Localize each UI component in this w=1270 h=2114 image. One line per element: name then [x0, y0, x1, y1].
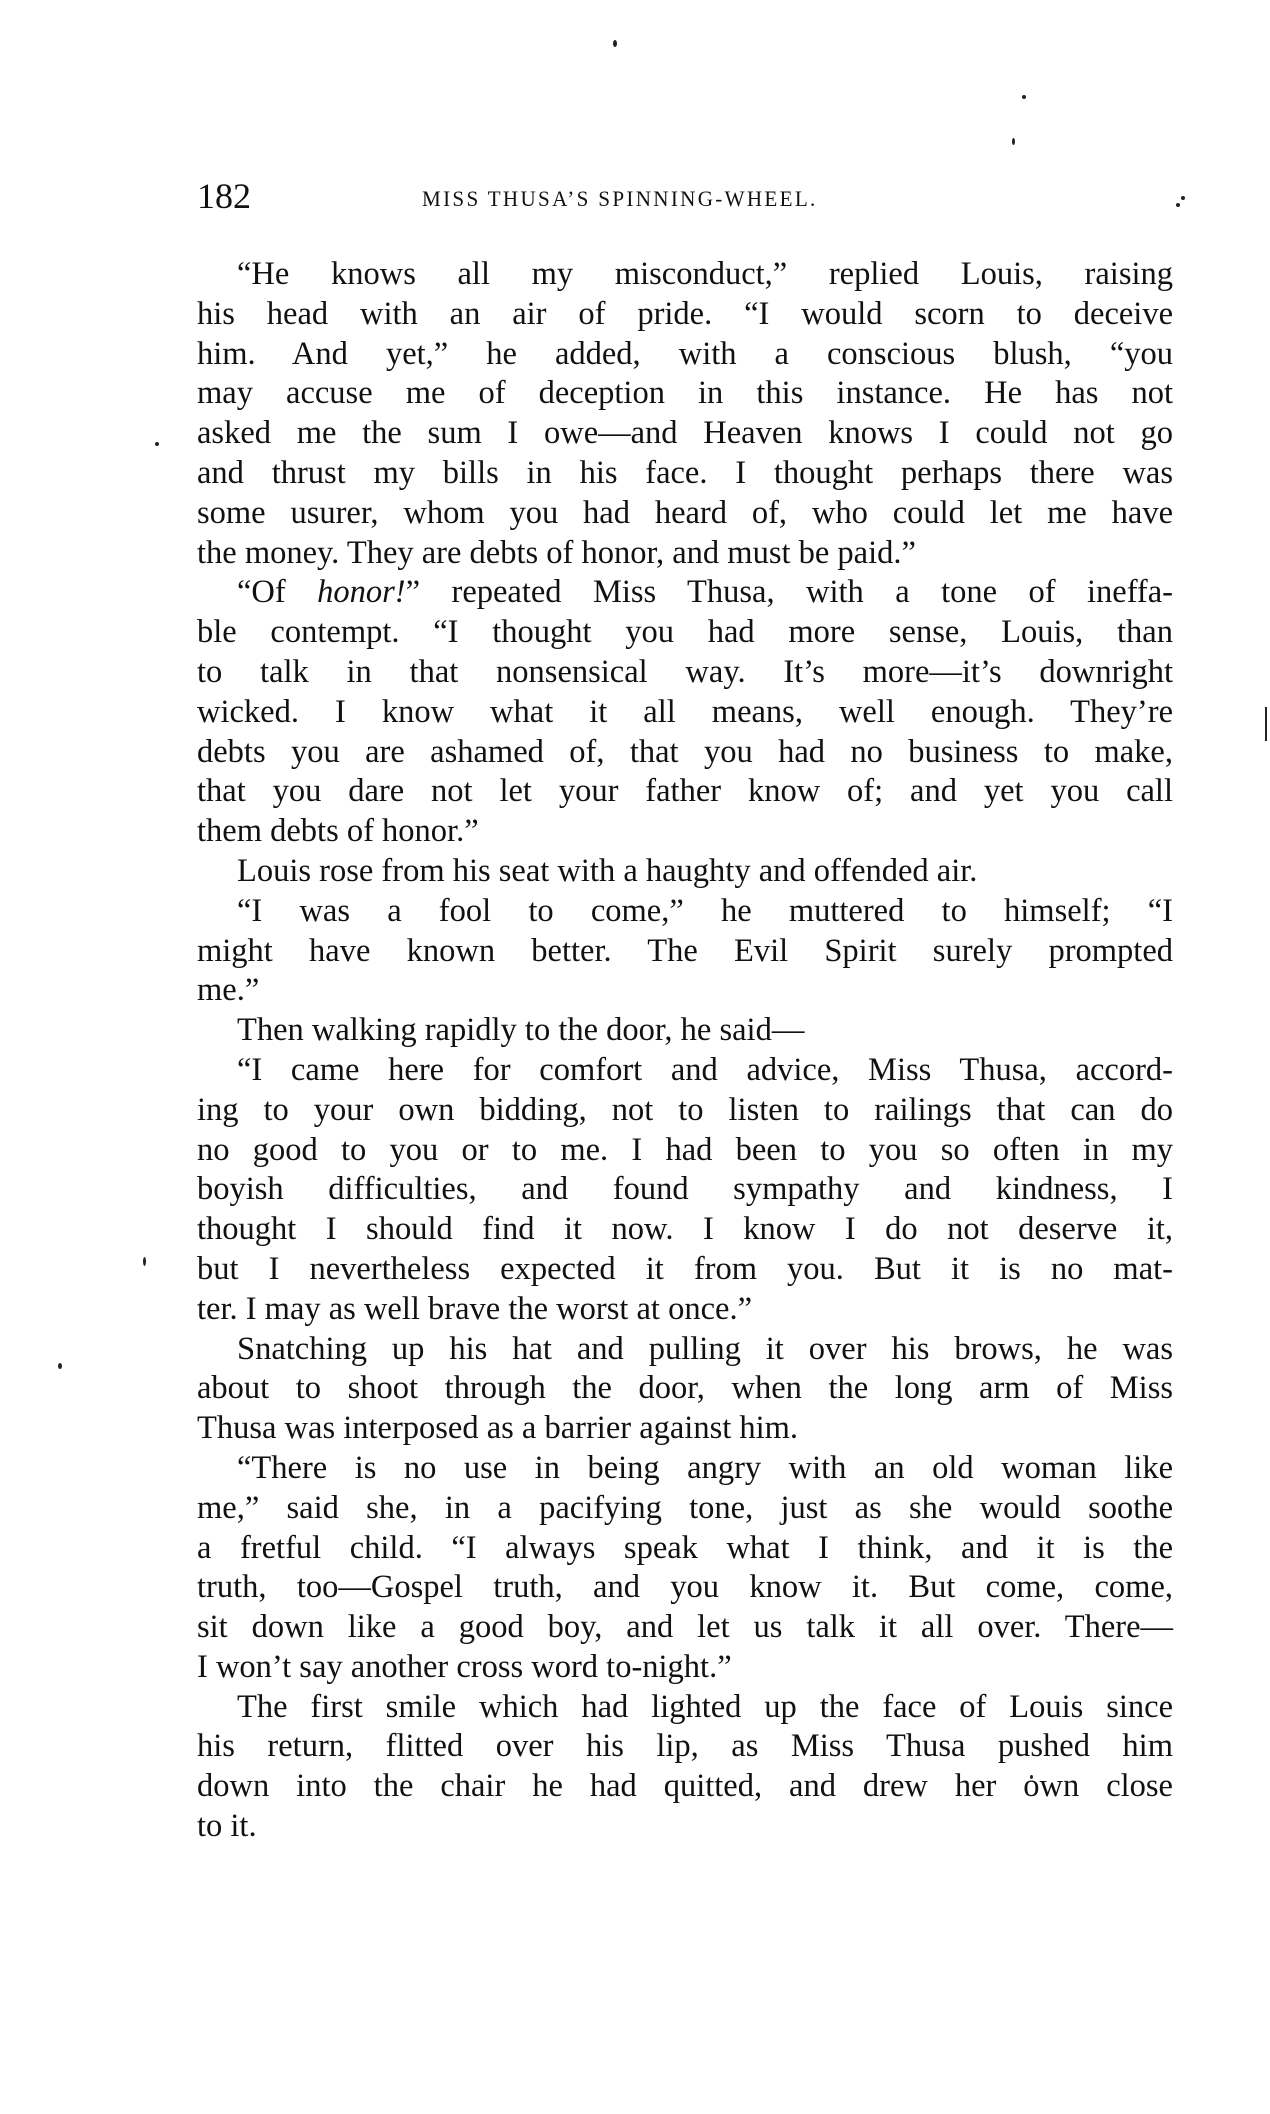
text-line: to talk in that nonsensical way. It’s mo…	[197, 653, 1173, 693]
scan-speck	[1022, 95, 1026, 99]
paragraph: Snatching up his hat and pulling it over…	[197, 1330, 1173, 1449]
text-line: Snatching up his hat and pulling it over…	[197, 1330, 1173, 1370]
scan-speck	[155, 442, 159, 446]
text-line: wicked. I know what it all means, well e…	[197, 693, 1173, 733]
scan-speck	[1176, 203, 1180, 207]
book-page: 182 MISS THUSA’S SPINNING-WHEEL. “He kno…	[0, 0, 1270, 2114]
scan-speck	[1012, 138, 1015, 145]
text-line: boyish difficulties, and found sympathy …	[197, 1170, 1173, 1210]
text-line: sit down like a good boy, and let us tal…	[197, 1608, 1173, 1648]
text-line: “Of honor!” repeated Miss Thusa, with a …	[197, 573, 1173, 613]
scan-speck	[613, 40, 617, 47]
text-line: his head with an air of pride. “I would …	[197, 295, 1173, 335]
text-line: him. And yet,” he added, with a consciou…	[197, 335, 1173, 375]
text-line: me.”	[197, 971, 1173, 1011]
paragraph: Louis rose from his seat with a haughty …	[197, 852, 1173, 892]
text-line: them debts of honor.”	[197, 812, 1173, 852]
text-line: down into the chair he had quitted, and …	[197, 1767, 1173, 1807]
paragraph: “There is no use in being angry with an …	[197, 1449, 1173, 1688]
text-line: thought I should find it now. I know I d…	[197, 1210, 1173, 1250]
scan-edge-mark	[1265, 707, 1267, 741]
text-line: The first smile which had lighted up the…	[197, 1688, 1173, 1728]
running-title: MISS THUSA’S SPINNING-WHEEL.	[422, 184, 818, 214]
text-line: a fretful child. “I always speak what I …	[197, 1529, 1173, 1569]
text-line: Thusa was interposed as a barrier agains…	[197, 1409, 1173, 1449]
paragraph: “He knows all my misconduct,” replied Lo…	[197, 255, 1173, 573]
text-line: asked me the sum I owe—and Heaven knows …	[197, 414, 1173, 454]
text-line: truth, too—Gospel truth, and you know it…	[197, 1568, 1173, 1608]
paragraph: Then walking rapidly to the door, he sai…	[197, 1011, 1173, 1051]
text-line: Louis rose from his seat with a haughty …	[197, 852, 1173, 892]
text-line: “I came here for comfort and advice, Mis…	[197, 1051, 1173, 1091]
scan-speck	[58, 1363, 62, 1369]
text-line: and thrust my bills in his face. I thoug…	[197, 454, 1173, 494]
text-line: “I was a fool to come,” he muttered to h…	[197, 892, 1173, 932]
text-line: ter. I may as well brave the worst at on…	[197, 1290, 1173, 1330]
text-line: “He knows all my misconduct,” replied Lo…	[197, 255, 1173, 295]
text-line: ble contempt. “I thought you had more se…	[197, 613, 1173, 653]
paragraph: The first smile which had lighted up the…	[197, 1688, 1173, 1847]
text-line: may accuse me of deception in this insta…	[197, 374, 1173, 414]
text-line: Then walking rapidly to the door, he sai…	[197, 1011, 1173, 1051]
text-line: to it.	[197, 1807, 1173, 1847]
text-line: might have known better. The Evil Spirit…	[197, 932, 1173, 972]
text-line: his return, flitted over his lip, as Mis…	[197, 1727, 1173, 1767]
text-line: debts you are ashamed of, that you had n…	[197, 733, 1173, 773]
text-run: “Of	[237, 574, 317, 610]
text-line: that you dare not let your father know o…	[197, 772, 1173, 812]
text-run: ” repeated Miss Thusa, with a tone of in…	[406, 574, 1173, 610]
text-line: no good to you or to me. I had been to y…	[197, 1131, 1173, 1171]
text-line: some usurer, whom you had heard of, who …	[197, 494, 1173, 534]
text-line: I won’t say another cross word to-night.…	[197, 1648, 1173, 1688]
text-line: “There is no use in being angry with an …	[197, 1449, 1173, 1489]
paragraph: “Of honor!” repeated Miss Thusa, with a …	[197, 573, 1173, 852]
text-line: ing to your own bidding, not to listen t…	[197, 1091, 1173, 1131]
italic-text: honor!	[317, 574, 405, 610]
scan-speck	[143, 1257, 146, 1266]
paragraph: “I was a fool to come,” he muttered to h…	[197, 892, 1173, 1011]
page-number: 182	[197, 176, 251, 216]
running-head: 182 MISS THUSA’S SPINNING-WHEEL.	[197, 176, 1173, 216]
body-text: “He knows all my misconduct,” replied Lo…	[197, 255, 1173, 1847]
text-line: me,” said she, in a pacifying tone, just…	[197, 1489, 1173, 1529]
text-line: but I nevertheless expected it from you.…	[197, 1250, 1173, 1290]
text-line: the money. They are debts of honor, and …	[197, 534, 1173, 574]
text-line: about to shoot through the door, when th…	[197, 1369, 1173, 1409]
scan-speck	[1181, 196, 1185, 200]
paragraph: “I came here for comfort and advice, Mis…	[197, 1051, 1173, 1330]
